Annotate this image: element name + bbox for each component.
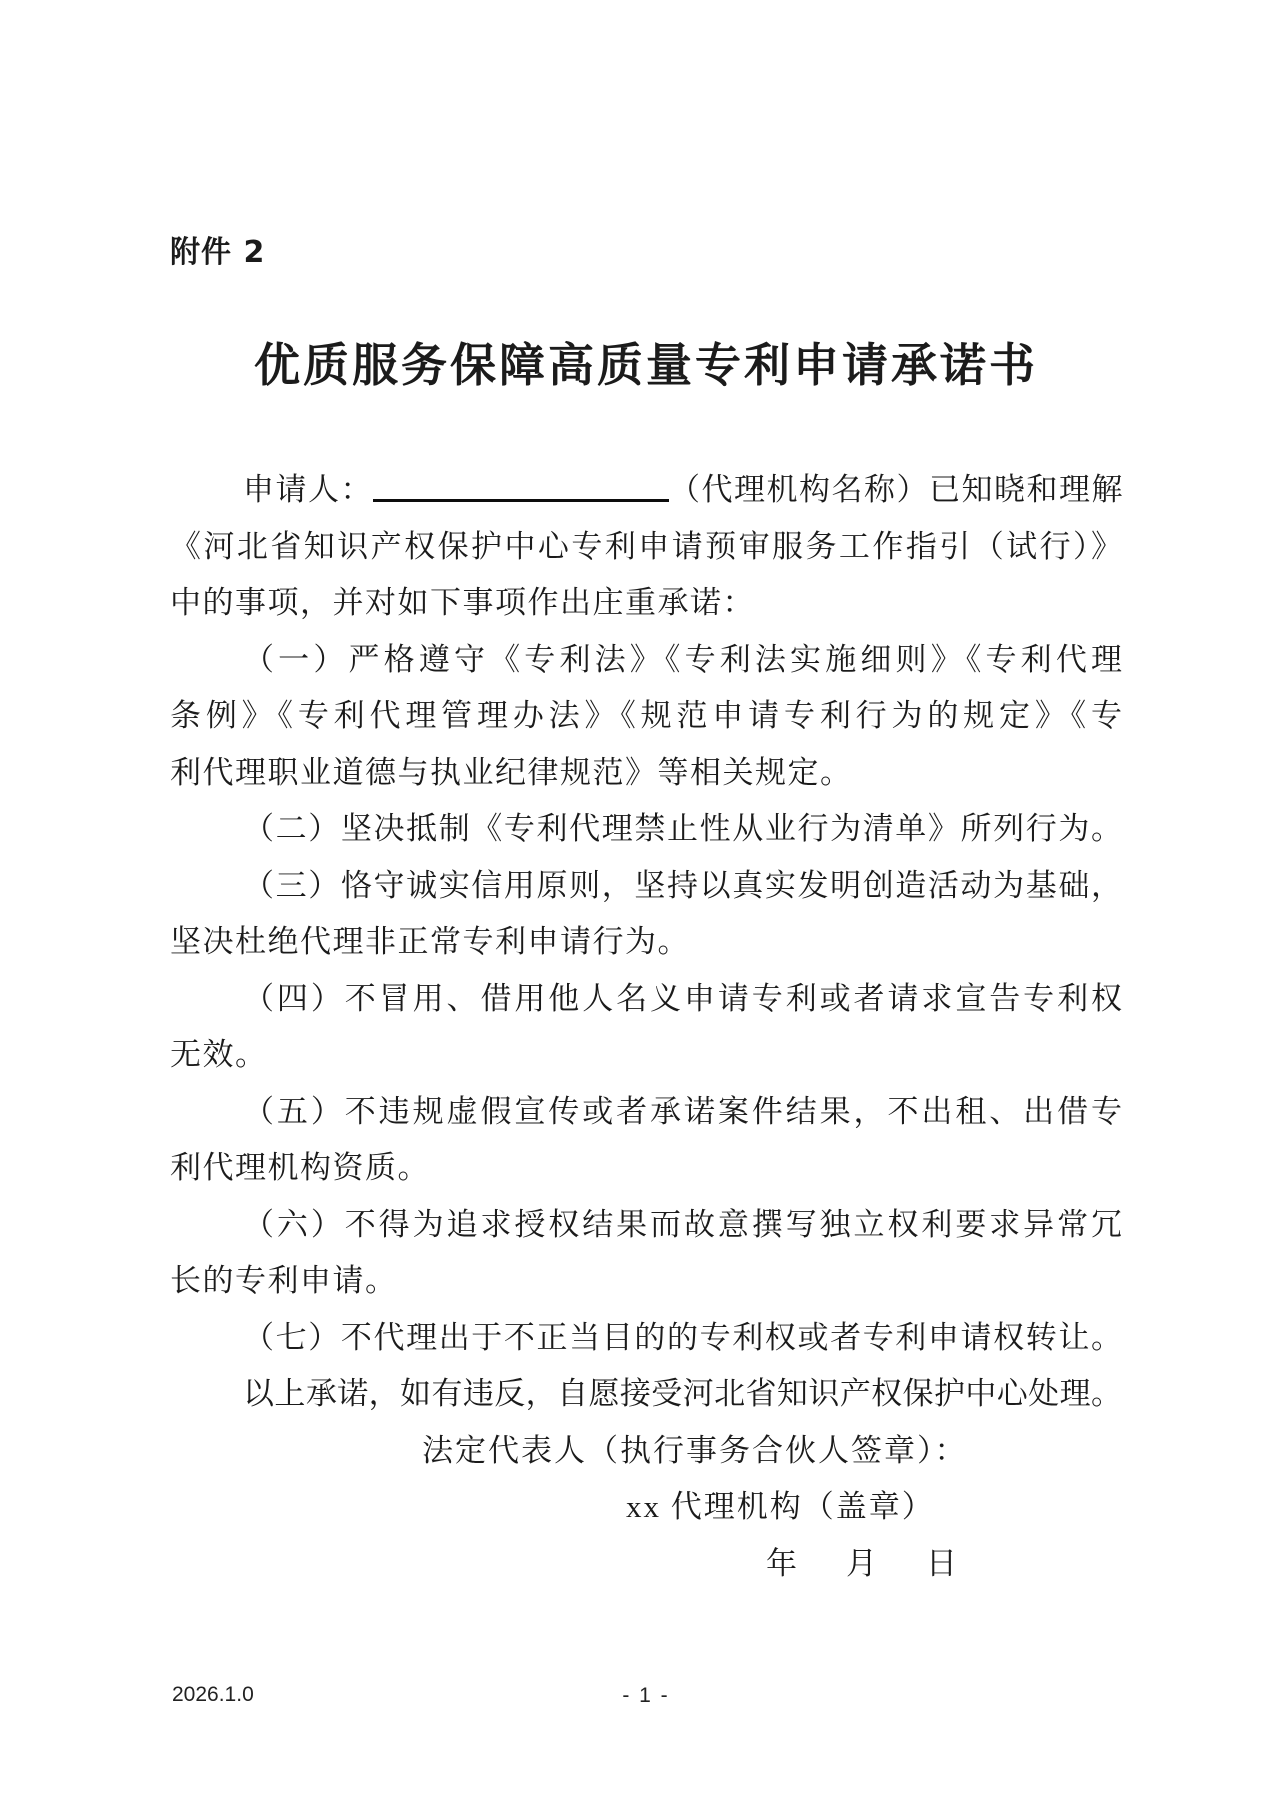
body-line: 法定代表人（执行事务合伙人签章）：	[170, 1423, 1122, 1480]
body-line: （四）不冒用、借用他人名义申请专利或者请求宣告专利权	[170, 971, 1122, 1028]
opening-line: 申请人：（代理机构名称）已知晓和理解	[170, 462, 1122, 519]
body-line: 利代理职业道德与执业纪律规范》等相关规定。	[170, 745, 1122, 802]
body-line: 条例》《专利代理管理办法》《规范申请专利行为的规定》《专	[170, 688, 1122, 745]
footer-page-number: - 1 -	[170, 1682, 1122, 1710]
body-line: （三）恪守诚实信用原则，坚持以真实发明创造活动为基础，	[170, 858, 1122, 915]
body-line: （五）不违规虚假宣传或者承诺案件结果，不出租、出借专	[170, 1084, 1122, 1141]
body-line: 中的事项，并对如下事项作出庄重承诺：	[170, 575, 1122, 632]
document-title: 优质服务保障高质量专利申请承诺书	[170, 334, 1122, 398]
applicant-blank-underline	[373, 499, 669, 502]
attachment-label: 附件 2	[170, 233, 265, 273]
body-line: （一）严格遵守《专利法》《专利法实施细则》《专利代理	[170, 632, 1122, 689]
body-line: 利代理机构资质。	[170, 1140, 1122, 1197]
body-line: 坚决杜绝代理非正常专利申请行为。	[170, 914, 1122, 971]
body-line: xx 代理机构（盖章）	[170, 1479, 1122, 1536]
body-line: （七）不代理出于不正当目的的专利权或者专利申请权转让。	[170, 1310, 1122, 1367]
body-line: 年 月 日	[170, 1536, 1122, 1593]
body-line: （二）坚决抵制《专利代理禁止性从业行为清单》所列行为。	[170, 801, 1122, 858]
body-line: 长的专利申请。	[170, 1253, 1122, 1310]
applicant-label: 申请人：	[243, 472, 373, 507]
body-line: （六）不得为追求授权结果而故意撰写独立权利要求异常冗	[170, 1197, 1122, 1254]
body-line: 以上承诺，如有违反，自愿接受河北省知识产权保护中心处理。	[170, 1366, 1122, 1423]
body-line: 无效。	[170, 1027, 1122, 1084]
document-page: 附件 2 优质服务保障高质量专利申请承诺书 申请人：（代理机构名称）已知晓和理解…	[0, 0, 1280, 1810]
body-line: 《河北省知识产权保护中心专利申请预审服务工作指引（试行）》	[170, 519, 1122, 576]
document-body: 申请人：（代理机构名称）已知晓和理解 《河北省知识产权保护中心专利申请预审服务工…	[170, 462, 1122, 1592]
opening-suffix: （代理机构名称）已知晓和理解	[669, 472, 1124, 507]
